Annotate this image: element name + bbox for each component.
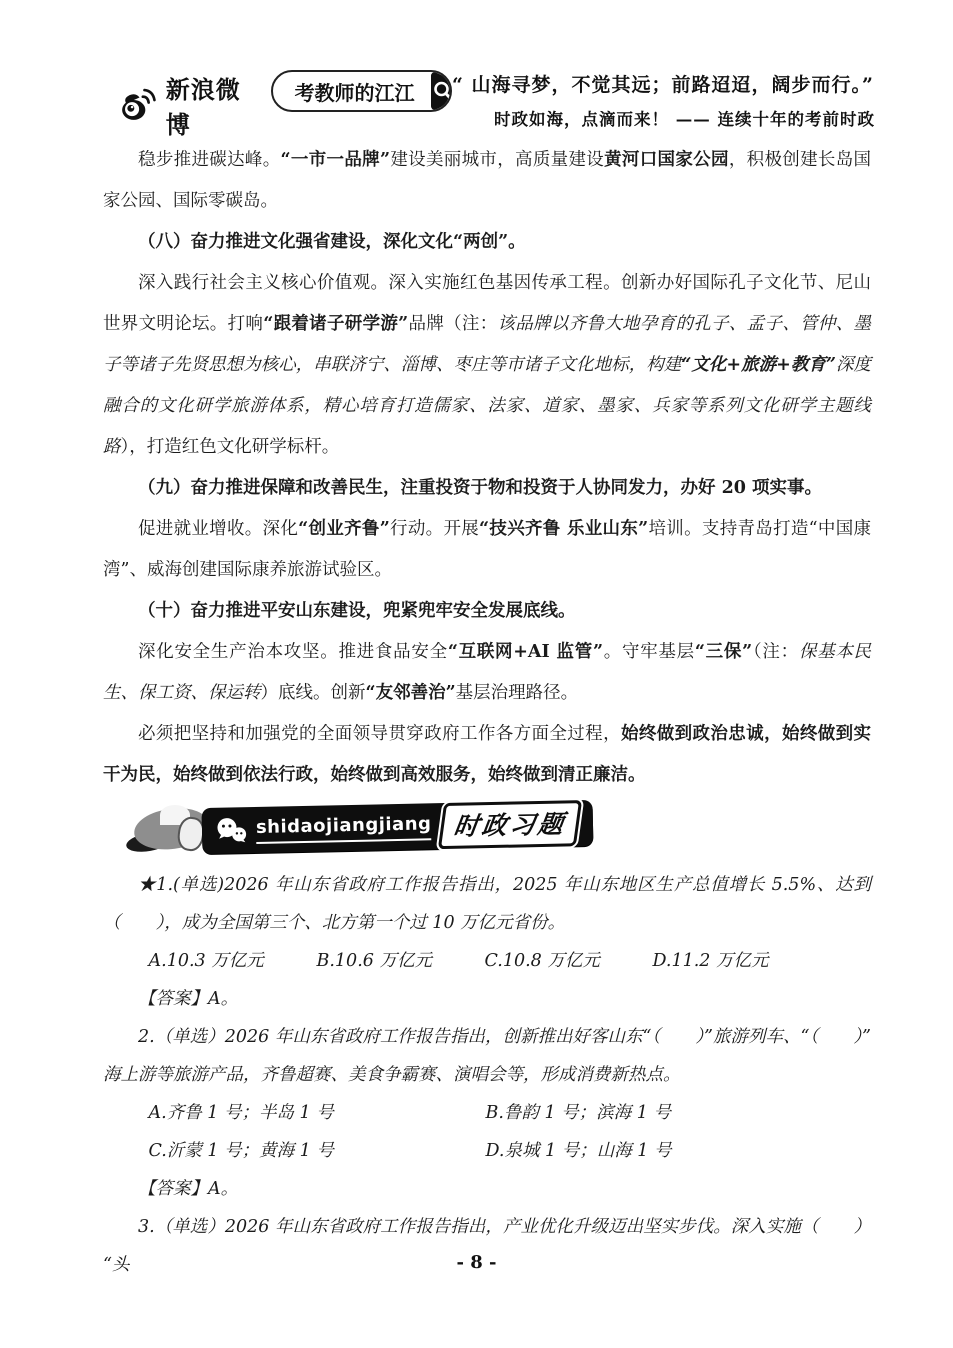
question-1-answer: 【答案】A。 (103, 980, 871, 1018)
page-header: 新浪微博 考教师的江江 “ 山海寻梦，不觉其远；前路迢迢，阔步而行。” 时政如海… (118, 70, 875, 140)
paragraph-carbon-peak: 稳步推进碳达峰。“一市一品牌”建设美丽城市，高质量建设黄河口国家公园，积极创建长… (103, 140, 871, 222)
slogan-line-2: 时政如海，点滴而来！ —— 连续十年的考前时政 (452, 106, 875, 130)
question-2-option-d: D.泉城 1 号；山海 1 号 (486, 1132, 872, 1170)
magnifier-icon (431, 79, 452, 103)
weibo-icon (118, 83, 158, 127)
question-2-option-c: C.沂蒙 1 号；黄海 1 号 (149, 1132, 486, 1170)
question-2-answer: 【答案】A。 (103, 1170, 871, 1208)
paragraph-culture: 深入践行社会主义核心价值观。深入实施红色基因传承工程。创新办好国际孔子文化节、尼… (103, 263, 871, 468)
search-input-value[interactable]: 考教师的江江 (273, 77, 431, 106)
question-2-option-a: A.齐鲁 1 号；半岛 1 号 (149, 1094, 486, 1132)
quiz-title: 时政习题 (452, 804, 569, 842)
question-1-option-b: B.10.6 万亿元 (317, 942, 485, 980)
document-page: 新浪微博 考教师的江江 “ 山海寻梦，不觉其远；前路迢迢，阔步而行。” 时政如海… (0, 0, 953, 1348)
question-1-options: A.10.3 万亿元 B.10.6 万亿元 C.10.8 万亿元 D.11.2 … (149, 942, 872, 980)
heading-section-8: （八）奋力推进文化强省建设，深化文化“两创”。 (103, 222, 871, 263)
question-2-option-b: B.鲁韵 1 号；滨海 1 号 (486, 1094, 872, 1132)
weibo-brand-label: 新浪微博 (166, 70, 249, 140)
question-1-option-a: A.10.3 万亿元 (149, 942, 317, 980)
weibo-logo-group: 新浪微博 (118, 70, 249, 140)
slogan-line-1: “ 山海寻梦，不觉其远；前路迢迢，阔步而行。” (452, 70, 875, 97)
heading-section-10: （十）奋力推进平安山东建设，兜紧兜牢安全发展底线。 (103, 591, 871, 632)
paragraph-safety: 深化安全生产治本攻坚。推进食品安全“互联网+AI 监管”。守牢基层“三保”（注：… (103, 632, 871, 714)
search-button[interactable] (431, 72, 452, 110)
question-2-options: A.齐鲁 1 号；半岛 1 号 B.鲁韵 1 号；滨海 1 号 C.沂蒙 1 号… (149, 1094, 872, 1170)
quiz-questions: ★1.(单选)2026 年山东省政府工作报告指出，2025 年山东地区生产总值增… (103, 866, 871, 1284)
paragraph-party-leadership: 必须把坚持和加强党的全面领导贯穿政府工作各方面全过程，始终做到政治忠诚，始终做到… (103, 714, 871, 796)
heading-section-9: （九）奋力推进保障和改善民生，注重投资于物和投资于人协同发力，办好 20 项实事… (103, 468, 871, 509)
report-body: 稳步推进碳达峰。“一市一品牌”建设美丽城市，高质量建设黄河口国家公园，积极创建长… (103, 140, 871, 796)
wechat-icon (214, 816, 249, 845)
question-1-option-d: D.11.2 万亿元 (653, 942, 769, 980)
banner-bar: shidaojiangjiang 时政习题 (202, 800, 594, 854)
page-number: - 8 - (0, 1252, 953, 1273)
paragraph-employment: 促进就业增收。深化“创业齐鲁”行动。开展“技兴齐鲁 乐业山东”培训。支持青岛打造… (103, 509, 871, 591)
quiz-title-box: 时政习题 (438, 800, 582, 849)
question-2-stem: 2.（单选）2026 年山东省政府工作报告指出，创新推出好客山东“（ ）”旅游列… (103, 1018, 871, 1094)
quiz-section-banner: shidaojiangjiang 时政习题 (126, 796, 593, 858)
header-slogan: “ 山海寻梦，不觉其远；前路迢迢，阔步而行。” 时政如海，点滴而来！ —— 连续… (452, 70, 875, 130)
wechat-id-label: shidaojiangjiang (256, 813, 432, 844)
search-box[interactable]: 考教师的江江 (271, 70, 452, 112)
question-1-stem: ★1.(单选)2026 年山东省政府工作报告指出，2025 年山东地区生产总值增… (103, 866, 871, 942)
question-1-option-c: C.10.8 万亿元 (485, 942, 653, 980)
